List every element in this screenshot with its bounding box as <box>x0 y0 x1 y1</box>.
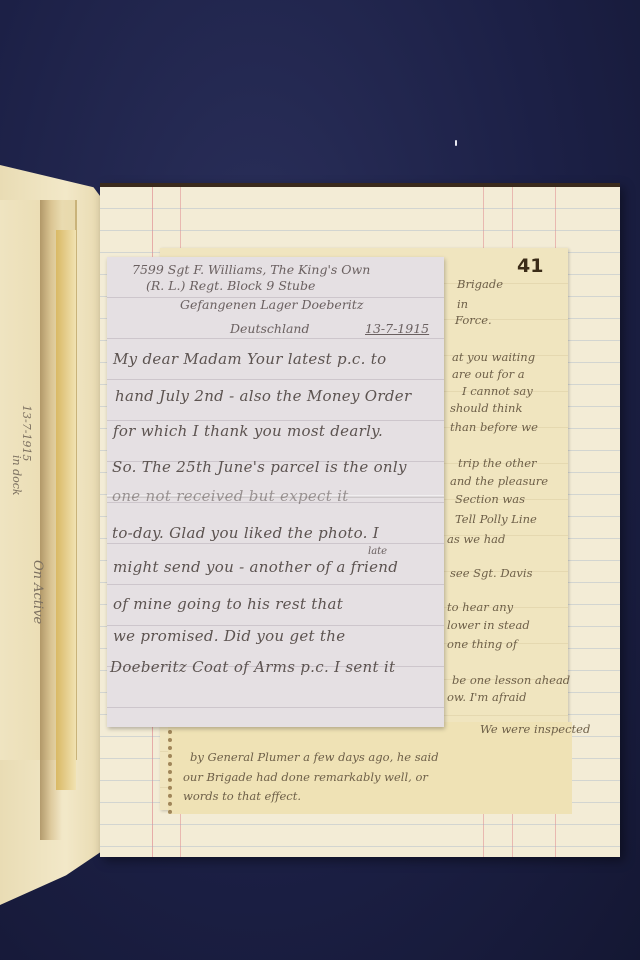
back-line: words to that effect. <box>183 789 301 803</box>
back-line: at you waiting <box>452 350 535 364</box>
header-date: 13-7-1915 <box>365 321 429 336</box>
back-line: as we had <box>447 532 505 546</box>
letter-line: So. The 25th June's parcel is the only <box>112 458 407 476</box>
back-line: than before we <box>450 420 538 434</box>
back-line: Tell Polly Line <box>455 512 537 526</box>
back-line: I cannot say <box>462 384 533 398</box>
page-fold-strip <box>56 230 76 790</box>
header-address-line: Gefangenen Lager Doeberitz <box>180 297 363 312</box>
header-address-line: (R. L.) Regt. Block 9 Stube <box>146 278 315 293</box>
back-line: see Sgt. Davis <box>450 566 533 580</box>
margin-note-active: On Active <box>30 560 45 624</box>
letter-line: we promised. Did you get the <box>113 627 345 645</box>
letter-insertion: late <box>368 546 387 557</box>
letter-line: to-day. Glad you liked the photo. I <box>112 524 379 542</box>
back-line: should think <box>450 401 522 415</box>
back-line: are out for a <box>452 367 525 381</box>
header-place: Deutschland <box>230 321 309 336</box>
back-line: Brigade <box>457 277 503 291</box>
header-address-line: 7599 Sgt F. Williams, The King's Own <box>132 262 370 277</box>
page-number: 41 <box>517 255 543 277</box>
back-line: ow. I'm afraid <box>447 690 526 704</box>
back-line: lower in stead <box>447 618 530 632</box>
letter-line: hand July 2nd - also the Money Order <box>115 387 411 405</box>
back-line: trip the other <box>458 456 537 470</box>
letter-line: My dear Madam Your latest p.c. to <box>113 350 386 368</box>
back-line: Force. <box>455 313 492 327</box>
back-line: by General Plumer a few days ago, he sai… <box>190 750 439 764</box>
back-line: to hear any <box>447 600 513 614</box>
margin-note-date: 13-7-1915 <box>20 405 33 461</box>
letter-line: for which I thank you most dearly. <box>113 422 383 440</box>
letter-line: one not received but expect it <box>112 487 349 505</box>
back-line: our Brigade had done remarkably well, or <box>183 770 428 784</box>
back-line: Section was <box>455 492 525 506</box>
back-line: in <box>457 297 468 311</box>
back-line: one thing of <box>447 637 517 651</box>
letter-line: Doeberitz Coat of Arms p.c. I sent it <box>110 658 395 676</box>
back-line: and the pleasure <box>450 474 548 488</box>
letter-line: of mine going to his rest that <box>113 595 343 613</box>
dust-speck <box>455 140 457 146</box>
back-line: We were inspected <box>480 722 590 736</box>
margin-note-dock: in dock <box>10 455 23 496</box>
letter-line: might send you - another of a friend <box>113 558 398 576</box>
back-line: be one lesson ahead <box>452 673 570 687</box>
